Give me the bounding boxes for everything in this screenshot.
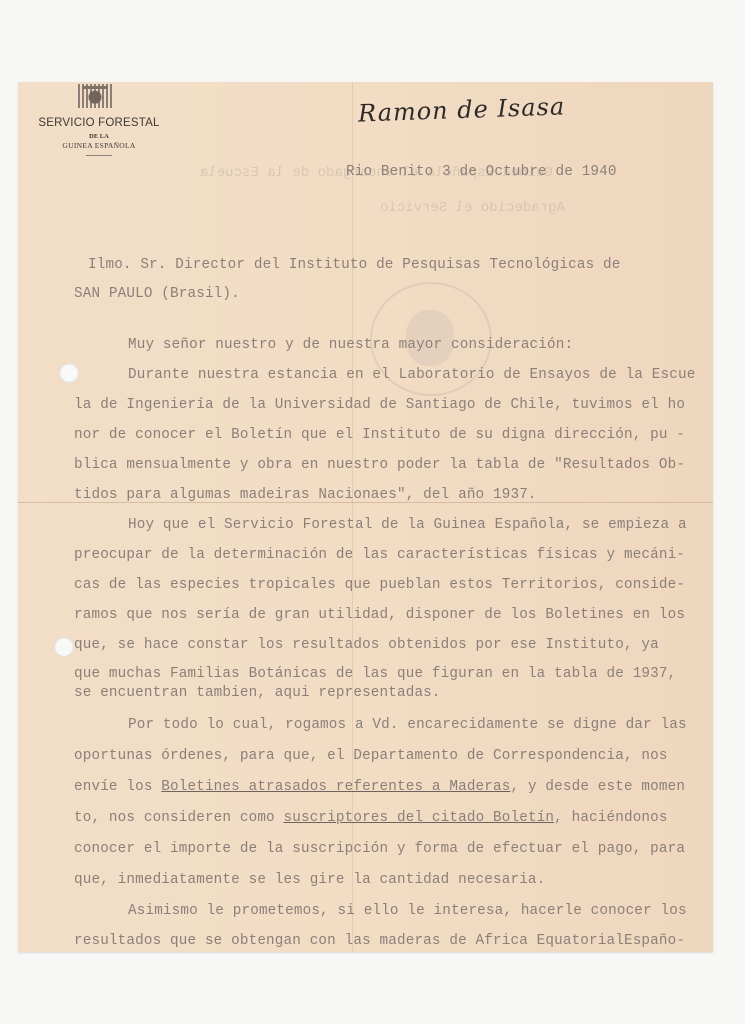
body-line: Durante nuestra estancia en el Laborator…: [128, 366, 695, 384]
underlined-phrase: Boletines atrasados referentes a Maderas: [161, 779, 510, 795]
body-text: to, nos consideren como: [74, 810, 284, 826]
addressee-line-1: Ilmo. Sr. Director del Instituto de Pesq…: [88, 256, 621, 274]
body-line: que, se hace constar los resultados obte…: [74, 636, 659, 654]
underlined-phrase: suscriptores del citado Boletín: [284, 810, 555, 826]
body-text: , haciéndonos: [554, 810, 667, 826]
addressee-line-2: SAN PAULO (Brasil).: [74, 285, 240, 303]
salutation: Muy señor nuestro y de nuestra mayor con…: [128, 336, 573, 354]
body-line: envíe los Boletines atrasados referentes…: [74, 778, 685, 796]
date-line: Rio Benito 3 de Octubre de 1940: [346, 163, 617, 181]
body-line: to, nos consideren como suscriptores del…: [74, 809, 668, 827]
body-line: resultados que se obtengan con las mader…: [74, 932, 685, 950]
body-line: que, inmediatamente se les gire la canti…: [74, 871, 545, 889]
coat-of-arms-icon: [78, 84, 112, 108]
body-line: la de Ingeniería de la Universidad de Sa…: [74, 396, 685, 414]
show-through-text: Agradecido el Servicio: [380, 200, 565, 216]
body-line: Por todo lo cual, rogamos a Vd. encareci…: [128, 716, 687, 734]
body-line: ramos que nos sería de gran utilidad, di…: [74, 606, 685, 624]
letterhead-title: SERVICIO FORESTAL: [24, 117, 174, 129]
letterhead-rule: [86, 155, 112, 156]
body-text: , y desde este momen: [510, 779, 685, 795]
body-line: se encuentran tambien, aqui representada…: [74, 684, 441, 702]
body-line: Asimismo le prometemos, si ello le inter…: [128, 902, 687, 920]
body-line: tidos para algumas madeiras Nacionaes", …: [74, 486, 537, 504]
punch-hole-top: [59, 363, 79, 383]
letterhead-subtitle: DE LA: [24, 133, 174, 140]
punch-hole-bottom: [54, 637, 74, 657]
letterhead-region: GUINEA ESPAÑOLA: [24, 141, 174, 150]
body-line: blica mensualmente y obra en nuestro pod…: [74, 456, 685, 474]
body-line: Hoy que el Servicio Forestal de la Guine…: [128, 516, 687, 534]
letterhead: SERVICIO FORESTAL DE LA GUINEA ESPAÑOLA: [24, 117, 174, 156]
body-line: cas de las especies tropicales que puebl…: [74, 576, 685, 594]
body-line: oportunas órdenes, para que, el Departam…: [74, 747, 668, 765]
body-line: nor de conocer el Boletín que el Institu…: [74, 426, 685, 444]
body-line: conocer el importe de la suscripción y f…: [74, 840, 685, 858]
body-text: envíe los: [74, 779, 161, 795]
body-line: que muchas Familias Botánicas de las que…: [74, 665, 676, 683]
body-line: preocupar de la determinación de las car…: [74, 546, 685, 564]
